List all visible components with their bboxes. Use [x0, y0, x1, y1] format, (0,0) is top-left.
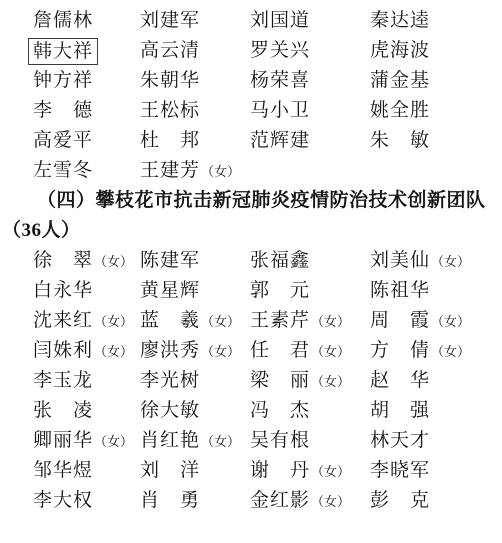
- name-cell: 刘国道: [250, 6, 370, 36]
- name-cell: 梁 丽（女）: [250, 366, 370, 397]
- name-cell: 杜 邦: [140, 126, 250, 156]
- person-name: 张福鑫: [250, 250, 310, 271]
- name-cell: 卿丽华（女）: [33, 426, 140, 457]
- name-cell: 周 霞（女）: [370, 306, 502, 337]
- person-name: 肖 勇: [140, 490, 200, 511]
- name-cell: 秦达逵: [370, 6, 502, 36]
- person-name: 罗关兴: [250, 40, 310, 61]
- name-cell: 李大权: [33, 486, 140, 517]
- name-row: 白永华黄星辉郭 元陈祖华: [0, 276, 502, 306]
- name-cell: 左雪冬: [33, 156, 140, 187]
- name-row: 左雪冬王建芳（女）: [0, 156, 502, 186]
- name-cell: 闫姝利（女）: [33, 336, 140, 367]
- person-name: 李玉龙: [33, 370, 93, 391]
- person-name: 谢 丹: [250, 460, 310, 481]
- name-cell: 黄星辉: [140, 276, 250, 306]
- person-name: 冯 杰: [250, 400, 310, 421]
- name-cell: 蒲金基: [370, 66, 502, 96]
- gender-note: （女）: [201, 164, 240, 179]
- person-name: 范辉建: [250, 130, 310, 151]
- person-name: 张 凌: [33, 400, 93, 421]
- person-name: 左雪冬: [33, 160, 93, 181]
- name-cell: 彭 克: [370, 486, 502, 517]
- gender-note: （女）: [431, 314, 470, 329]
- name-cell: 张 凌: [33, 396, 140, 426]
- name-row: 詹儒林刘建军刘国道秦达逵: [0, 6, 502, 36]
- person-name: 陈建军: [140, 250, 200, 271]
- person-name: 蓝 羲: [140, 310, 200, 331]
- person-name: 卿丽华: [33, 430, 93, 451]
- person-name: 刘美仙: [370, 250, 430, 271]
- name-row: 徐 翠（女）陈建军张福鑫刘美仙（女）: [0, 246, 502, 276]
- person-name: 杜 邦: [140, 130, 200, 151]
- name-list-section-1: 詹儒林刘建军刘国道秦达逵韩大祥高云清罗关兴虎海波钟方祥朱朝华杨荣喜蒲金基李 德王…: [0, 6, 502, 186]
- person-name: 詹儒林: [33, 10, 93, 31]
- person-name: 李光树: [140, 370, 200, 391]
- name-cell: 王素芹（女）: [250, 306, 370, 337]
- name-cell: 马小卫: [250, 96, 370, 126]
- person-name: 高爱平: [33, 130, 93, 151]
- person-name: 刘 洋: [140, 460, 200, 481]
- name-cell: 朱朝华: [140, 66, 250, 96]
- person-name: 王松标: [140, 100, 200, 121]
- gender-note: （女）: [94, 314, 133, 329]
- person-name: 姚全胜: [370, 100, 430, 121]
- name-row: 李 德王松标马小卫姚全胜: [0, 96, 502, 126]
- name-cell: 罗关兴: [250, 36, 370, 66]
- name-cell: [370, 156, 502, 187]
- name-cell: 姚全胜: [370, 96, 502, 126]
- person-name: 钟方祥: [33, 70, 93, 91]
- gender-note: （女）: [431, 344, 470, 359]
- person-name: 徐大敏: [140, 400, 200, 421]
- name-row: 张 凌徐大敏冯 杰胡 强: [0, 396, 502, 426]
- person-name: 虎海波: [370, 40, 430, 61]
- person-name: 王建芳: [140, 160, 200, 181]
- name-row: 李玉龙李光树梁 丽（女）赵 华: [0, 366, 502, 396]
- person-name: 秦达逵: [370, 10, 430, 31]
- person-name: 胡 强: [370, 400, 430, 421]
- name-row: 高爱平杜 邦范辉建朱 敏: [0, 126, 502, 156]
- person-name: 朱朝华: [140, 70, 200, 91]
- person-name: 李晓军: [370, 460, 430, 481]
- name-cell: 高云清: [140, 36, 250, 66]
- gender-note: （女）: [201, 344, 240, 359]
- person-name: 蒲金基: [370, 70, 430, 91]
- person-name: 马小卫: [250, 100, 310, 121]
- gender-note: （女）: [311, 494, 350, 509]
- person-name: 肖红艳: [140, 430, 200, 451]
- name-cell: 刘 洋: [140, 456, 250, 487]
- name-cell: 赵 华: [370, 366, 502, 397]
- gender-note: （女）: [201, 434, 240, 449]
- name-cell: 王建芳（女）: [140, 156, 250, 187]
- name-cell: 方 倩（女）: [370, 336, 502, 367]
- person-name: 刘建军: [140, 10, 200, 31]
- name-cell: 任 君（女）: [250, 336, 370, 367]
- gender-note: （女）: [311, 374, 350, 389]
- person-name: 陈祖华: [370, 280, 430, 301]
- person-name: 方 倩: [370, 340, 430, 361]
- name-cell: 张福鑫: [250, 246, 370, 277]
- person-name: 任 君: [250, 340, 310, 361]
- name-row: 钟方祥朱朝华杨荣喜蒲金基: [0, 66, 502, 96]
- boxed-person-name: 韩大祥: [28, 38, 98, 65]
- gender-note: （女）: [94, 344, 133, 359]
- name-cell: 谢 丹（女）: [250, 456, 370, 487]
- person-name: 彭 克: [370, 490, 430, 511]
- name-cell: 刘美仙（女）: [370, 246, 502, 277]
- person-name: 杨荣喜: [250, 70, 310, 91]
- name-cell: 王松标: [140, 96, 250, 126]
- person-name: 梁 丽: [250, 370, 310, 391]
- gender-note: （女）: [94, 434, 133, 449]
- person-name: 廖洪秀: [140, 340, 200, 361]
- name-cell: 陈祖华: [370, 276, 502, 306]
- name-row: 邹华煜刘 洋谢 丹（女）李晓军: [0, 456, 502, 486]
- document-page: 詹儒林刘建军刘国道秦达逵韩大祥高云清罗关兴虎海波钟方祥朱朝华杨荣喜蒲金基李 德王…: [0, 0, 502, 516]
- name-row: 卿丽华（女）肖红艳（女）吴有根林天才: [0, 426, 502, 456]
- name-cell: 詹儒林: [33, 6, 140, 36]
- gender-note: （女）: [201, 314, 240, 329]
- name-cell: 钟方祥: [33, 66, 140, 96]
- person-name: 白永华: [33, 280, 93, 301]
- name-cell: 徐大敏: [140, 396, 250, 426]
- gender-note: （女）: [311, 344, 350, 359]
- name-cell: 李玉龙: [33, 366, 140, 397]
- person-name: 林天才: [370, 430, 430, 451]
- gender-note: （女）: [311, 314, 350, 329]
- name-cell: 蓝 羲（女）: [140, 306, 250, 337]
- name-cell: 肖 勇: [140, 486, 250, 517]
- person-name: 高云清: [140, 40, 200, 61]
- name-cell: 李晓军: [370, 456, 502, 487]
- name-cell: 吴有根: [250, 426, 370, 457]
- person-name: 赵 华: [370, 370, 430, 391]
- person-name: 周 霞: [370, 310, 430, 331]
- name-cell: 冯 杰: [250, 396, 370, 426]
- section-heading-line1: （四）攀枝花市抗击新冠肺炎疫情防治技术创新团队: [0, 186, 502, 216]
- gender-note: （女）: [94, 254, 133, 269]
- name-cell: 肖红艳（女）: [140, 426, 250, 457]
- person-name: 吴有根: [250, 430, 310, 451]
- name-cell: 郭 元: [250, 276, 370, 306]
- name-cell: 虎海波: [370, 36, 502, 66]
- name-cell: 韩大祥: [33, 36, 140, 66]
- name-cell: 邹华煜: [33, 456, 140, 487]
- name-cell: 朱 敏: [370, 126, 502, 156]
- gender-note: （女）: [311, 464, 350, 479]
- person-name: 朱 敏: [370, 130, 430, 151]
- name-cell: 刘建军: [140, 6, 250, 36]
- name-cell: 徐 翠（女）: [33, 246, 140, 277]
- person-name: 金红影: [250, 490, 310, 511]
- name-cell: 李光树: [140, 366, 250, 397]
- name-row: 李大权肖 勇金红影（女）彭 克: [0, 486, 502, 516]
- name-cell: [250, 156, 370, 187]
- person-name: 李 德: [33, 100, 93, 121]
- name-cell: 高爱平: [33, 126, 140, 156]
- person-name: 沈来红: [33, 310, 93, 331]
- name-cell: 金红影（女）: [250, 486, 370, 517]
- gender-note: （女）: [431, 254, 470, 269]
- name-cell: 沈来红（女）: [33, 306, 140, 337]
- name-row: 韩大祥高云清罗关兴虎海波: [0, 36, 502, 66]
- person-name: 闫姝利: [33, 340, 93, 361]
- name-list-section-2: 徐 翠（女）陈建军张福鑫刘美仙（女）白永华黄星辉郭 元陈祖华沈来红（女）蓝 羲（…: [0, 246, 502, 516]
- name-cell: 胡 强: [370, 396, 502, 426]
- person-name: 郭 元: [250, 280, 310, 301]
- person-name: 刘国道: [250, 10, 310, 31]
- person-name: 邹华煜: [33, 460, 93, 481]
- person-name: 徐 翠: [33, 250, 93, 271]
- name-cell: 杨荣喜: [250, 66, 370, 96]
- name-cell: 廖洪秀（女）: [140, 336, 250, 367]
- name-cell: 林天才: [370, 426, 502, 457]
- person-name: 李大权: [33, 490, 93, 511]
- section-heading-line2: （36人）: [0, 216, 502, 246]
- name-cell: 白永华: [33, 276, 140, 306]
- name-cell: 范辉建: [250, 126, 370, 156]
- name-row: 沈来红（女）蓝 羲（女）王素芹（女）周 霞（女）: [0, 306, 502, 336]
- person-name: 黄星辉: [140, 280, 200, 301]
- name-cell: 陈建军: [140, 246, 250, 277]
- person-name: 王素芹: [250, 310, 310, 331]
- name-cell: 李 德: [33, 96, 140, 126]
- name-row: 闫姝利（女）廖洪秀（女）任 君（女）方 倩（女）: [0, 336, 502, 366]
